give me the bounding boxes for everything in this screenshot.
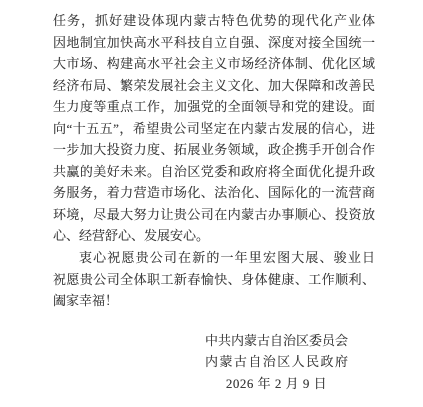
letter-page: 任务，抓好建设体现内蒙古特色优势的现代化产业体系、 因地制宜加快高水平科技自立自…	[0, 0, 423, 407]
body-line: 阖家幸福！	[53, 290, 375, 312]
body-line: 因地制宜加快高水平科技自立自强、深度对接全国统一	[53, 32, 375, 54]
body-line: 任务，抓好建设体现内蒙古特色优势的现代化产业体系、	[53, 10, 375, 32]
signature-government: 内蒙古自治区人民政府	[205, 351, 348, 372]
body-line: 衷心祝愿贵公司在新的一年里宏图大展、骏业日新！	[53, 247, 375, 269]
signature-block: 中共内蒙古自治区委员会 内蒙古自治区人民政府 2026 年 2 月 9 日	[205, 330, 348, 395]
body-line: 祝愿贵公司全体职工新春愉快、身体健康、工作顺利、	[53, 269, 375, 291]
body-line: 向“十五五”，希望贵公司坚定在内蒙古发展的信心，进	[53, 118, 375, 140]
body-line: 一步加大投资力度、拓展业务领域，政企携手开创合作	[53, 139, 375, 161]
body-line: 共赢的美好未来。自治区党委和政府将全面优化提升政	[53, 161, 375, 183]
body-line: 心、经营舒心、发展安心。	[53, 225, 375, 247]
body-line: 生力度等重点工作，加强党的全面领导和党的建设。面	[53, 96, 375, 118]
letter-body: 任务，抓好建设体现内蒙古特色优势的现代化产业体系、 因地制宜加快高水平科技自立自…	[53, 10, 375, 312]
body-line: 环境，尽最大努力让贵公司在内蒙古办事顺心、投资放	[53, 204, 375, 226]
body-line: 务服务，着力营造市场化、法治化、国际化的一流营商	[53, 182, 375, 204]
body-line: 经济布局、繁荣发展社会主义文化、加大保障和改善民	[53, 75, 375, 97]
signature-date: 2026 年 2 月 9 日	[205, 373, 348, 394]
body-line: 大市场、构建高水平社会主义市场经济体制、优化区域	[53, 53, 375, 75]
signature-committee: 中共内蒙古自治区委员会	[205, 330, 348, 351]
